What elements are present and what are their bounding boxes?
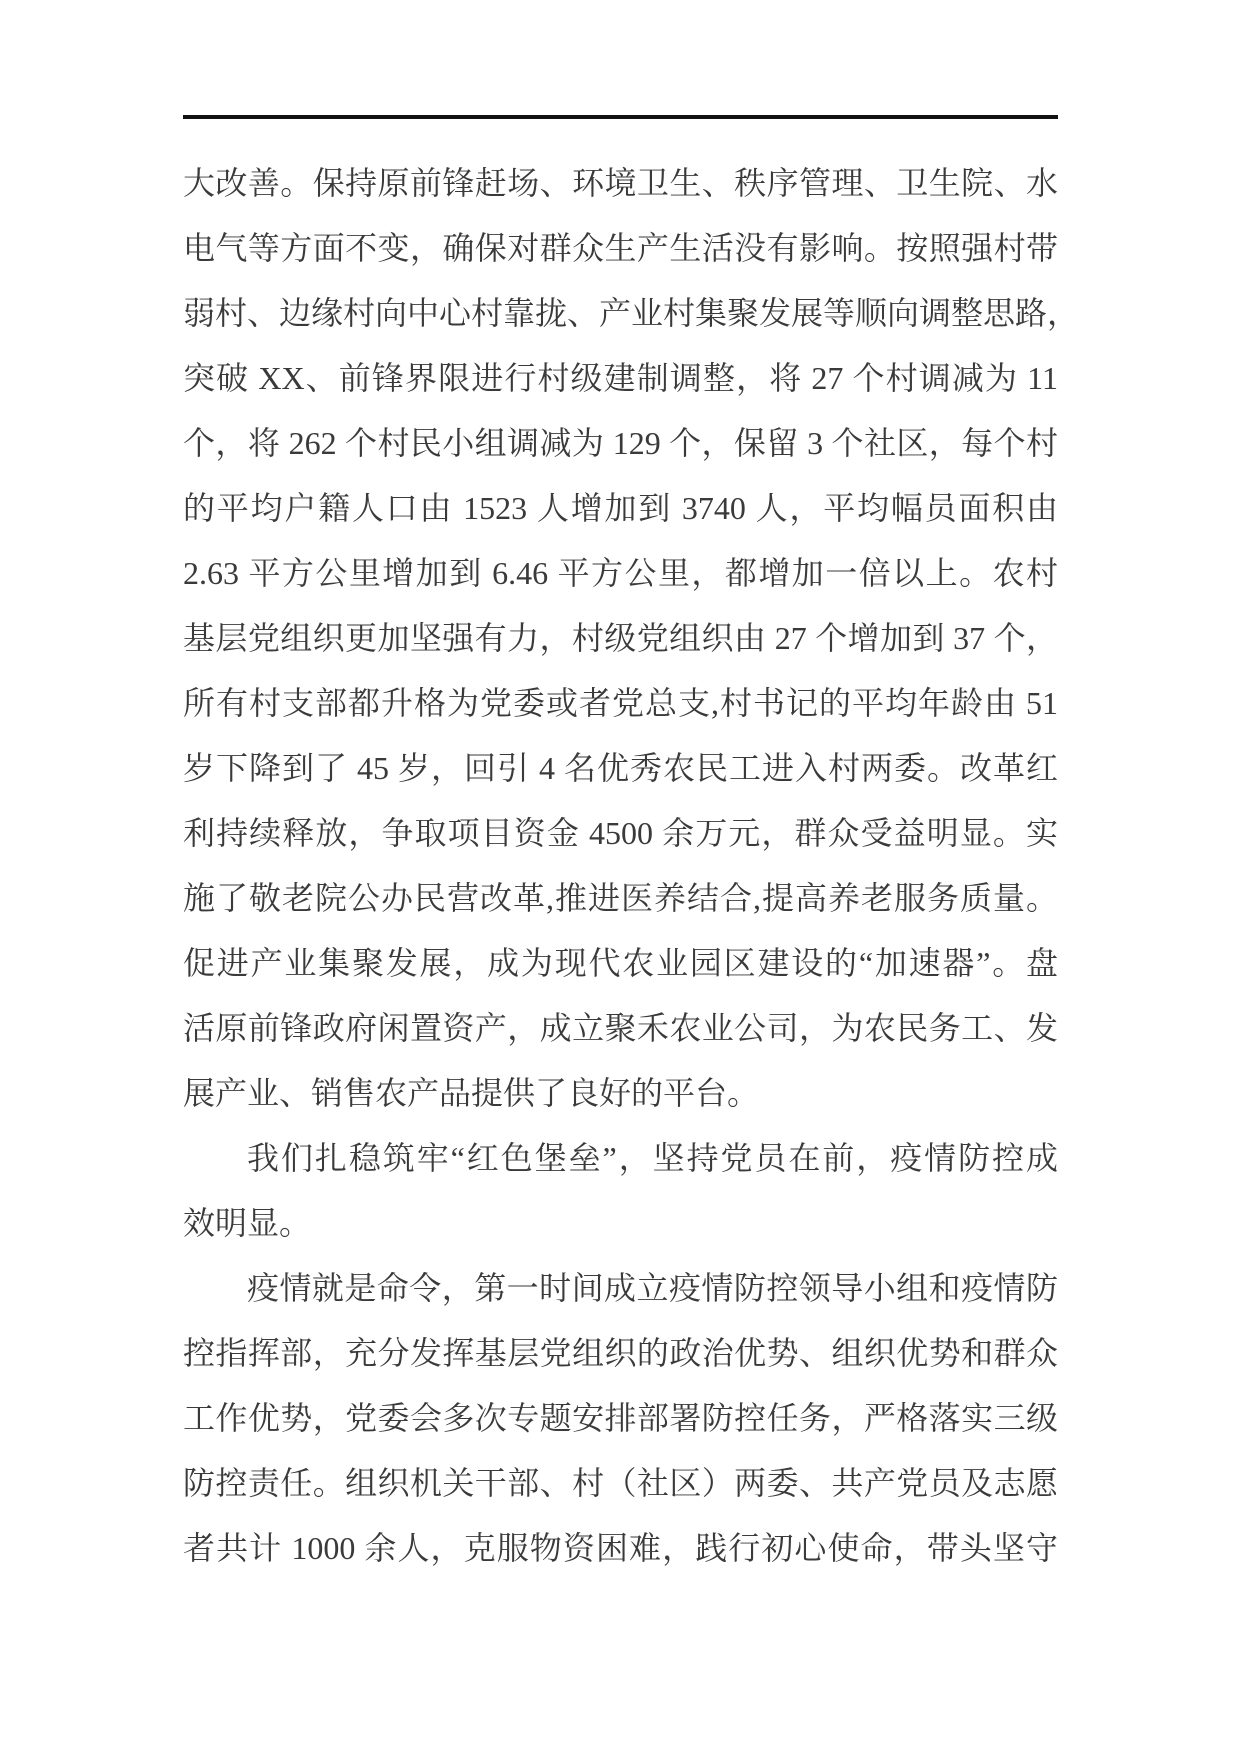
text-line: 所有村支部都升格为党委或者党总支,村书记的平均年龄由 51 [183,671,1058,736]
text-line: 防控责任。组织机关干部、村（社区）两委、共产党员及志愿 [183,1451,1058,1516]
text-line: 岁下降到了 45 岁，回引 4 名优秀农民工进入村两委。改革红 [183,736,1058,801]
text-line: 弱村、边缘村向中心村靠拢、产业村集聚发展等顺向调整思路， [183,281,1058,346]
header-rule [183,115,1058,119]
text-line: 活原前锋政府闲置资产，成立聚禾农业公司，为农民务工、发 [183,996,1058,1061]
text-line: 效明显。 [183,1191,1058,1256]
document-body: 大改善。保持原前锋赶场、环境卫生、秩序管理、卫生院、水 电气等方面不变，确保对群… [183,151,1058,1581]
text-line: 突破 XX、前锋界限进行村级建制调整，将 27 个村调减为 11 [183,346,1058,411]
text-line: 我们扎稳筑牢“红色堡垒”，坚持党员在前，疫情防控成 [183,1126,1058,1191]
text-line: 的平均户籍人口由 1523 人增加到 3740 人，平均幅员面积由 [183,476,1058,541]
text-line: 个，将 262 个村民小组调减为 129 个，保留 3 个社区，每个村 [183,411,1058,476]
text-line: 基层党组织更加坚强有力，村级党组织由 27 个增加到 37 个， [183,606,1058,671]
text-line: 大改善。保持原前锋赶场、环境卫生、秩序管理、卫生院、水 [183,151,1058,216]
text-line: 电气等方面不变，确保对群众生产生活没有影响。按照强村带 [183,216,1058,281]
text-line: 2.63 平方公里增加到 6.46 平方公里，都增加一倍以上。农村 [183,541,1058,606]
text-line: 促进产业集聚发展，成为现代农业园区建设的“加速器”。盘 [183,931,1058,996]
document-page: 大改善。保持原前锋赶场、环境卫生、秩序管理、卫生院、水 电气等方面不变，确保对群… [0,0,1241,1755]
text-line: 者共计 1000 余人，克服物资困难，践行初心使命，带头坚守 [183,1516,1058,1581]
text-line: 展产业、销售农产品提供了良好的平台。 [183,1061,1058,1126]
text-line: 控指挥部，充分发挥基层党组织的政治优势、组织优势和群众 [183,1321,1058,1386]
text-line: 施了敬老院公办民营改革,推进医养结合,提高养老服务质量。 [183,866,1058,931]
text-line: 利持续释放，争取项目资金 4500 余万元，群众受益明显。实 [183,801,1058,866]
text-line: 工作优势，党委会多次专题安排部署防控任务，严格落实三级 [183,1386,1058,1451]
text-line: 疫情就是命令，第一时间成立疫情防控领导小组和疫情防 [183,1256,1058,1321]
